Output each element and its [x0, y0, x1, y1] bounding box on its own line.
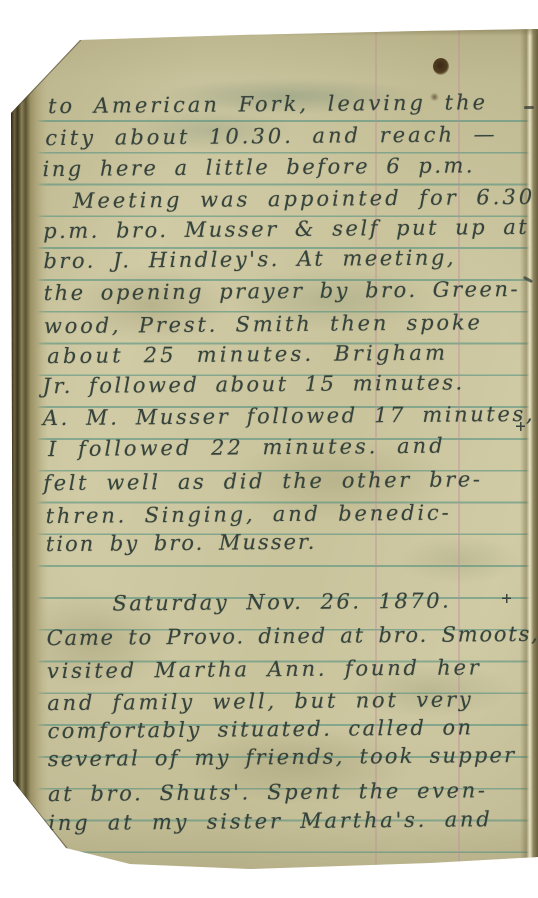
journal-line: Meeting was appointed for 6.30: [73, 185, 535, 213]
journal-page: to American Fork, leaving the city about…: [0, 0, 538, 898]
scanned-journal-photo: to American Fork, leaving the city about…: [0, 0, 538, 898]
journal-line: about 25 minutes. Brigham: [47, 341, 448, 368]
journal-line: and family well, but not very: [47, 687, 473, 715]
journal-line: bro. J. Hindley's. At meeting,: [43, 246, 456, 274]
journal-line: ing at my sister Martha's. and: [48, 807, 492, 835]
journal-line: the opening prayer by bro. Green-: [44, 277, 521, 305]
journal-line: comfortably situated. called on: [47, 715, 473, 743]
journal-line: city about 10.30. and reach —: [45, 122, 497, 150]
journal-line: visited Martha Ann. found her: [47, 655, 482, 683]
journal-line: ing here a little before 6 p.m.: [42, 153, 475, 181]
journal-line: p.m. bro. Musser & self put up at: [43, 215, 529, 243]
journal-line: tion by bro. Musser.: [46, 530, 317, 556]
journal-line: at bro. Shuts'. Spent the even-: [48, 778, 488, 806]
journal-line: Came to Provo. dined at bro. Smoots,: [47, 622, 538, 650]
journal-line: wood, Prest. Smith then spoke: [44, 310, 483, 338]
journal-line: several of my friends, took supper: [48, 743, 517, 771]
journal-line: to American Fork, leaving the: [48, 90, 488, 118]
journal-line: thren. Singing, and benedic-: [46, 501, 452, 529]
entry-date-line: Saturday Nov. 26. 1870.: [112, 589, 451, 616]
journal-line: A. M. Musser followed 17 minutes,: [43, 402, 536, 430]
journal-line: I followed 22 minutes. and: [48, 434, 446, 461]
journal-line: felt well as did the other bre-: [43, 467, 482, 495]
handwriting-layer: to American Fork, leaving the city about…: [0, 0, 538, 898]
journal-line: Jr. followed about 15 minutes.: [42, 370, 464, 398]
